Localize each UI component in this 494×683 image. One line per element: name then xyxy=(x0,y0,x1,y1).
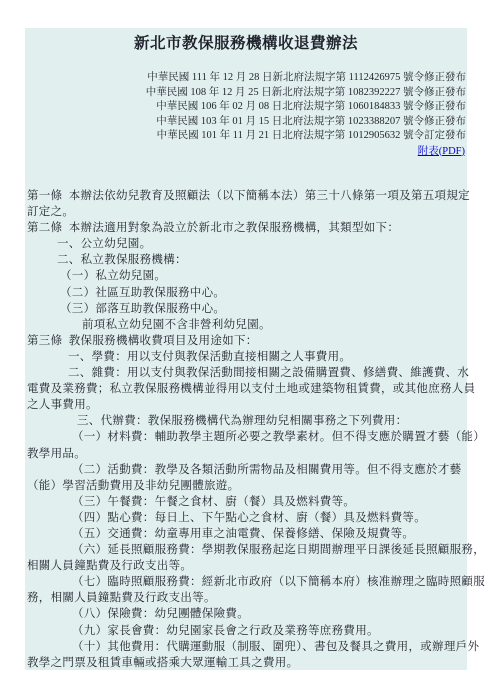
law-body-line: （能）學習活動費用及非幼兒團體旅遊。 xyxy=(27,478,467,494)
law-body-line: （三）部落互助教保服務中心。 xyxy=(27,301,467,317)
law-body-line: （三）午餐費：午餐之食材、廚（餐）具及燃料費等。 xyxy=(27,494,467,510)
law-body-line: （一）材料費：輔助教學主題所必要之教學素材。但不得支應於購置才藝（能） xyxy=(27,429,467,445)
history-entry: 中華民國 108 年 12 月 25 日新北府法規字第 1082392227 號… xyxy=(25,86,466,101)
law-body-line: （九）家長會費：幼兒園家長會之行政及業務等庶務費用。 xyxy=(27,623,467,639)
law-body-line: （二）社區互助教保服務中心。 xyxy=(27,285,467,301)
law-body-line: 第三條 教保服務機構收費項目及用途如下： xyxy=(27,333,467,349)
law-body-line: 第二條 本辦法適用對象為設立於新北市之教保服務機構，其類型如下： xyxy=(27,220,467,236)
law-body-line: （四）點心費：每日上、下午點心之食材、廚（餐）具及燃料費等。 xyxy=(27,510,467,526)
law-body-line: （八）保險費：幼兒團體保險費。 xyxy=(27,606,467,622)
law-body-line: 訂定之。 xyxy=(27,204,467,220)
law-body: 第一條 本辦法依幼兒教育及照顧法（以下簡稱本法）第三十八條第一項及第五項規定訂定… xyxy=(25,188,467,671)
history-entry: 中華民國 106 年 02 月 08 日北府法規字第 1060184833 號令… xyxy=(25,100,466,115)
law-body-line: 教學用品。 xyxy=(27,446,467,462)
law-body-line: 前項私立幼兒園不含非營利幼兒園。 xyxy=(27,317,467,333)
attachment-row: 附表(PDF) xyxy=(25,145,467,160)
law-body-line: （五）交通費：幼童專用車之油電費、保養修繕、保險及規費等。 xyxy=(27,526,467,542)
law-body-line: 二、私立教保服務機構： xyxy=(27,252,467,268)
law-body-line: （二）活動費：教學及各類活動所需物品及相關費用等。但不得支應於才藝 xyxy=(27,462,467,478)
law-document: 新北市教保服務機構收退費辦法 中華民國 111 年 12 月 28 日新北府法規… xyxy=(25,28,467,670)
law-body-line: 之人事費用。 xyxy=(27,397,467,413)
law-body-line: 二、雜費：用以支付與教保活動間接相關之設備購置費、修繕費、維護費、水 xyxy=(27,365,467,381)
law-body-line: 一、學費：用以支付與教保活動直接相關之人事費用。 xyxy=(27,349,467,365)
history-entry: 中華民國 111 年 12 月 28 日新北府法規字第 1112426975 號… xyxy=(25,71,466,86)
law-body-line: （六）延長照顧服務費：學期教保服務起迄日期間辦理平日課後延長照顧服務， xyxy=(27,542,467,558)
history-entry: 中華民國 101 年 11 月 21 日北府法規字第 1012905632 號令… xyxy=(25,129,466,144)
law-body-line: 務，相關人員鐘點費及行政支出等。 xyxy=(27,590,467,606)
attachment-pdf-link[interactable]: 附表(PDF) xyxy=(418,146,465,157)
law-title: 新北市教保服務機構收退費辦法 xyxy=(25,33,467,55)
page-background: 新北市教保服務機構收退費辦法 中華民國 111 年 12 月 28 日新北府法規… xyxy=(0,0,494,683)
law-body-line: （七）臨時照顧服務費：經新北市政府（以下簡稱本府）核准辦理之臨時照顧服 xyxy=(27,574,467,590)
amendment-history: 中華民國 111 年 12 月 28 日新北府法規字第 1112426975 號… xyxy=(25,71,467,144)
law-body-line: 電費及業務費；私立教保服務機構並得用以支付土地或建築物租賃費，或其他庶務人員 xyxy=(27,381,467,397)
law-body-line: （一）私立幼兒園。 xyxy=(27,268,467,284)
law-body-line: 教學之門票及租賃車輛或搭乘大眾運輸工具之費用。 xyxy=(27,655,467,671)
law-body-line: 三、代辦費：教保服務機構代為辦理幼兒相關事務之下列費用： xyxy=(27,413,467,429)
law-body-line: 一、公立幼兒園。 xyxy=(27,236,467,252)
law-body-line: 相關人員鐘點費及行政支出等。 xyxy=(27,558,467,574)
history-entry: 中華民國 103 年 01 月 15 日北府法規字第 1023388207 號令… xyxy=(25,115,466,130)
law-body-line: （十）其他費用：代購運動服（制服、圍兜）、書包及餐具之費用，或辦理戶外 xyxy=(27,639,467,655)
law-body-line: 第一條 本辦法依幼兒教育及照顧法（以下簡稱本法）第三十八條第一項及第五項規定 xyxy=(27,188,467,204)
